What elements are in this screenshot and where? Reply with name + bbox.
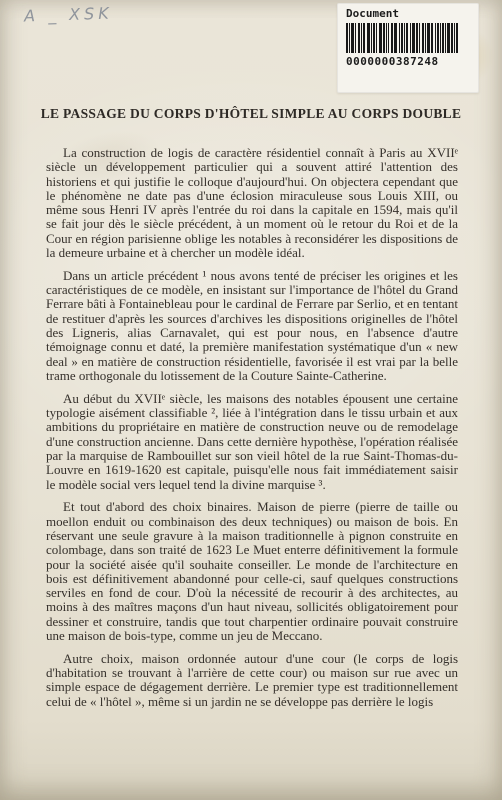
barcode [346,23,468,53]
paragraph: Autre choix, maison ordonnée autour d'un… [46,652,458,709]
paragraph: Dans un article précédent ¹ nous avons t… [46,269,458,383]
barcode-number: 0000000387248 [346,56,478,68]
scanned-page: A _ XSK Document 0000000387248 LE PASSAG… [0,0,502,800]
handwritten-annotation: A _ XSK [24,3,113,25]
paragraph: La construction de logis de caractère ré… [46,146,458,260]
barcode-label: Document 0000000387248 [337,3,479,93]
barcode-label-title: Document [346,8,478,20]
page-title: LE PASSAGE DU CORPS D'HÔTEL SIMPLE AU CO… [0,106,502,122]
paragraph: Et tout d'abord des choix binaires. Mais… [46,500,458,643]
paragraph: Au début du XVIIᵉ siècle, les maisons de… [46,392,458,492]
article-body: La construction de logis de caractère ré… [46,146,458,717]
